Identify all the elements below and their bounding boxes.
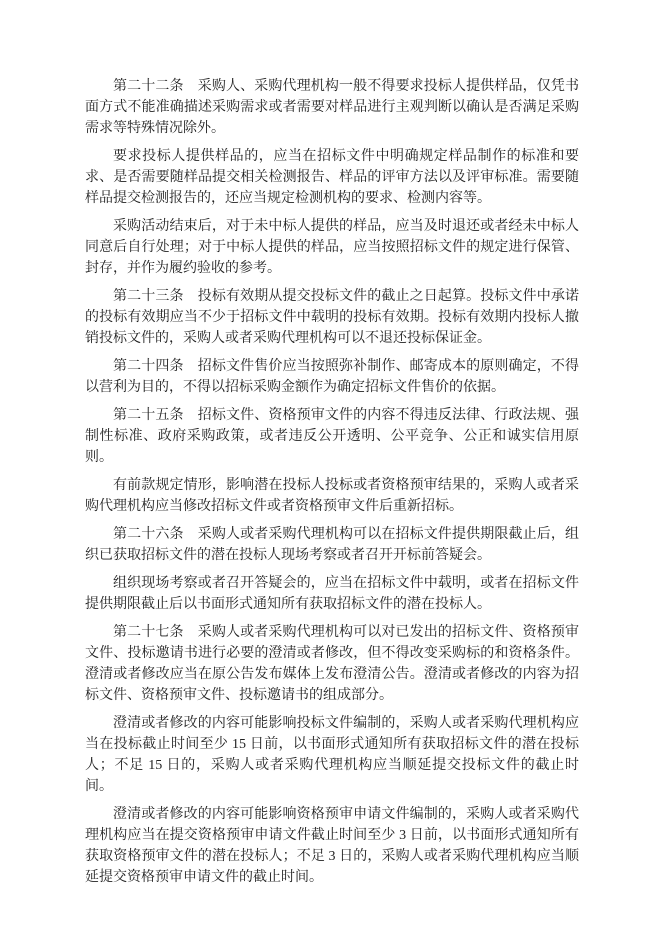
paragraph: 澄清或者修改的内容可能影响投标文件编制的，采购人或者采购代理机构应当在投标截止时… (85, 713, 579, 797)
paragraph: 第二十五条 招标文件、资格预审文件的内容不得违反法律、行政法规、强制性标准、政府… (85, 405, 579, 468)
paragraph: 组织现场考察或者召开答疑会的，应当在招标文件中载明，或者在招标文件提供期限截止后… (85, 573, 579, 615)
paragraph: 采购活动结束后，对于未中标人提供的样品，应当及时退还或者经未中标人同意后自行处理… (85, 216, 579, 279)
document-body: 第二十二条 采购人、采购代理机构一般不得要求投标人提供样品，仅凭书面方式不能准确… (85, 76, 579, 888)
paragraph: 要求投标人提供样品的，应当在招标文件中明确规定样品制作的标准和要求、是否需要随样… (85, 146, 579, 209)
paragraph: 第二十四条 招标文件售价应当按照弥补制作、邮寄成本的原则确定，不得以营利为目的，… (85, 356, 579, 398)
paragraph: 第二十二条 采购人、采购代理机构一般不得要求投标人提供样品，仅凭书面方式不能准确… (85, 76, 579, 139)
paragraph: 第二十六条 采购人或者采购代理机构可以在招标文件提供期限截止后，组织已获取招标文… (85, 524, 579, 566)
paragraph: 第二十七条 采购人或者采购代理机构可以对已发出的招标文件、资格预审文件、投标邀请… (85, 622, 579, 706)
paragraph: 第二十三条 投标有效期从提交投标文件的截止之日起算。投标文件中承诺的投标有效期应… (85, 286, 579, 349)
paragraph: 有前款规定情形，影响潜在投标人投标或者资格预审结果的，采购人或者采购代理机构应当… (85, 475, 579, 517)
paragraph: 澄清或者修改的内容可能影响资格预审申请文件编制的，采购人或者采购代理机构应当在提… (85, 804, 579, 888)
document-page: 第二十二条 采购人、采购代理机构一般不得要求投标人提供样品，仅凭书面方式不能准确… (0, 0, 662, 936)
